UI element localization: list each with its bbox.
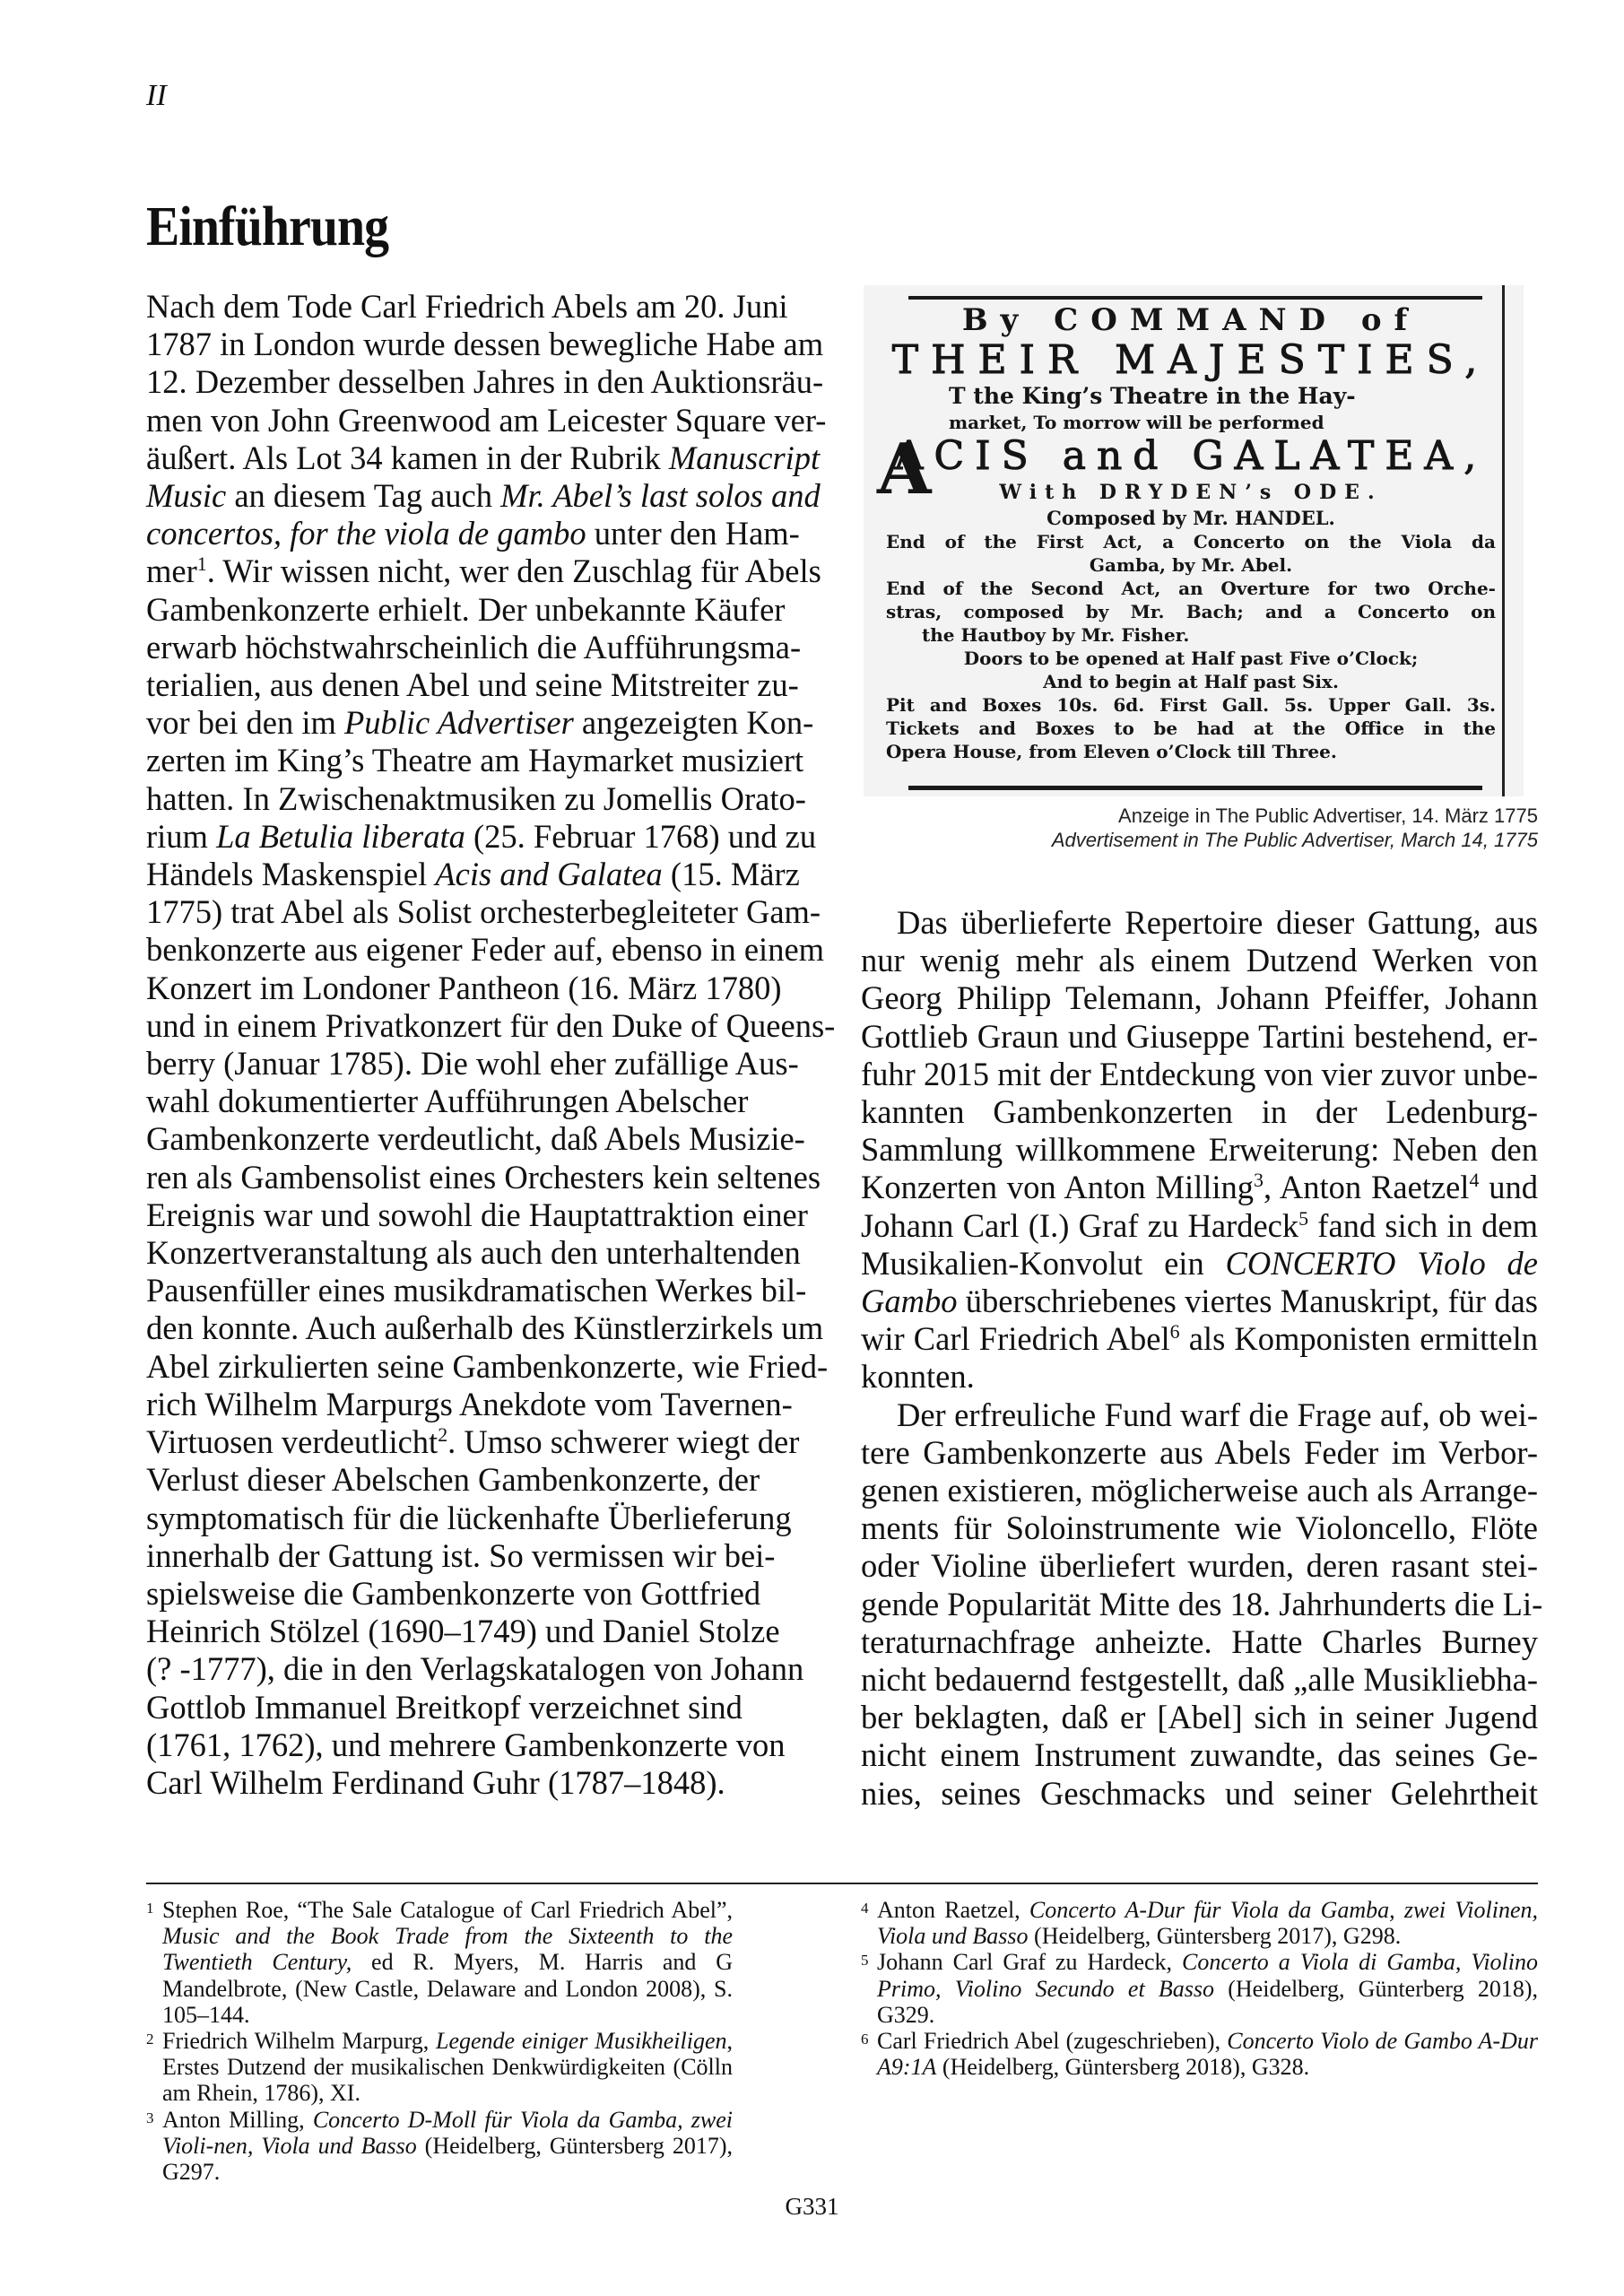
text-line: Konzert im Londoner Pantheon (16. März 1… <box>146 970 733 1007</box>
text-line: hatten. In Zwischenaktmusiken zu Jomelli… <box>146 780 733 818</box>
text-line: tere Gambenkonzerte aus Abels Feder im V… <box>861 1434 1538 1472</box>
text-line: terialien, aus denen Abel und seine Mits… <box>146 666 733 704</box>
text-line: Der erfreuliche Fund warf die Frage auf,… <box>861 1396 1538 1434</box>
text-line: gende Popularität Mitte des 18. Jahrhund… <box>861 1586 1538 1623</box>
text-line: Johann Carl (I.) Graf zu Hardeck5 fand s… <box>861 1207 1538 1245</box>
text-line: äußert. Als Lot 34 kamen in der Rubrik M… <box>146 439 733 477</box>
text-line: rium La Betulia liberata (25. Februar 17… <box>146 818 733 856</box>
text-line: innerhalb der Gattung ist. So vermissen … <box>146 1537 733 1575</box>
text-line: Gambenkonzerte erhielt. Der unbekannte K… <box>146 591 733 629</box>
footnote-ref-1[interactable]: 1 <box>197 552 207 575</box>
footnotes-right: 4Anton Raetzel, Concerto A-Dur für Viola… <box>861 1897 1538 2080</box>
italic-title: Acis and Galatea <box>435 856 662 892</box>
text-line: Georg Philipp Telemann, Johann Pfeiffer,… <box>861 979 1538 1017</box>
footnotes-left: 1Stephen Roe, “The Sale Catalogue of Car… <box>146 1897 733 2185</box>
footnote-divider <box>146 1883 1538 1884</box>
footnote-5: 5Johann Carl Graf zu Hardeck, Concerto a… <box>861 1949 1538 2028</box>
text-line: berry (Januar 1785). Die wohl eher zufäl… <box>146 1045 733 1083</box>
text-line: teraturnachfrage anheizte. Hatte Charles… <box>861 1623 1538 1661</box>
text-line: (? -1777), die in den Verlagskatalogen v… <box>146 1650 733 1688</box>
text-line: ments für Soloinstrumente wie Violoncell… <box>861 1509 1538 1547</box>
text-line: rich Wilhelm Marpurgs Anekdote vom Taver… <box>146 1386 733 1423</box>
text-line: Das überlieferte Repertoire dieser Gattu… <box>861 904 1538 942</box>
text-line: Musikalien-Konvolut ein CONCERTO Violo d… <box>861 1245 1538 1283</box>
footnote-6: 6Carl Friedrich Abel (zugeschrieben), Co… <box>861 2028 1538 2080</box>
body-column-right: Das überlieferte Repertoire dieser Gattu… <box>861 904 1538 1813</box>
text-line: spielsweise die Gambenkonzerte von Gottf… <box>146 1575 733 1613</box>
text-line: Gottlieb Graun und Giuseppe Tartini best… <box>861 1018 1538 1056</box>
text-line: nicht einem Instrument zuwandte, das sei… <box>861 1736 1538 1774</box>
italic-title: CONCERTO Violo de <box>1226 1245 1538 1282</box>
text-line: 1775) trat Abel als Solist orchesterbegl… <box>146 893 733 931</box>
footnote-ref-5[interactable]: 5 <box>1298 1206 1308 1229</box>
text-line: Konzertveranstaltung als auch den unterh… <box>146 1234 733 1272</box>
footnote-number: 6 <box>861 2026 869 2052</box>
text-line: Pausenfüller eines musikdramatischen Wer… <box>146 1272 733 1309</box>
text-line: ren als Gambensolist eines Orchesters ke… <box>146 1159 733 1196</box>
newspaper-advertisement-image: A By COMMAND of THEIR MAJESTIES, T the K… <box>864 285 1524 796</box>
caption-german: Anzeige in The Public Advertiser, 14. Mä… <box>861 804 1538 828</box>
text-line: Virtuosen verdeutlicht2. Umso schwerer w… <box>146 1423 733 1461</box>
text-line: mer1. Wir wissen nicht, wer den Zuschlag… <box>146 552 733 590</box>
footnote-number: 2 <box>146 2026 154 2052</box>
text-line: symptomatisch für die lückenhafte Überli… <box>146 1500 733 1537</box>
italic-title: Manuscript <box>669 439 820 476</box>
text-line: nur wenig mehr als einem Dutzend Werken … <box>861 942 1538 979</box>
footnote-number: 3 <box>146 2105 154 2131</box>
text-line: Konzerten von Anton Milling3, Anton Raet… <box>861 1169 1538 1206</box>
text-line: den konnte. Auch außerhalb des Künstlerz… <box>146 1309 733 1347</box>
page-title: Einführung <box>146 196 388 259</box>
text-line: Nach dem Tode Carl Friedrich Abels am 20… <box>146 288 733 326</box>
text-line: kannten Gambenkonzerten in der Ledenburg… <box>861 1093 1538 1131</box>
italic-title: Gambo <box>861 1283 957 1319</box>
figure-caption: Anzeige in The Public Advertiser, 14. Mä… <box>861 804 1538 852</box>
clipping-column-rule <box>1502 285 1505 796</box>
text-line: concertos, for the viola de gambo unter … <box>146 515 733 552</box>
footnote-number: 4 <box>861 1895 869 1921</box>
caption-english: Advertisement in The Public Advertiser, … <box>861 828 1538 852</box>
footnote-4: 4Anton Raetzel, Concerto A-Dur für Viola… <box>861 1897 1538 1949</box>
text-line: und in einem Privatkonzert für den Duke … <box>146 1007 733 1045</box>
text-line: men von John Greenwood am Leicester Squa… <box>146 402 733 439</box>
text-line: oder Violine überliefert wurden, deren r… <box>861 1547 1538 1585</box>
footnote-ref-3[interactable]: 3 <box>1254 1169 1264 1191</box>
text-line: vor bei den im Public Advertiser angezei… <box>146 704 733 742</box>
text-line: genen existieren, möglicherweise auch al… <box>861 1472 1538 1509</box>
text-line: Gottlob Immanuel Breitkopf verzeichnet s… <box>146 1689 733 1726</box>
clipping-rule-bottom <box>908 786 1482 790</box>
italic-title: Public Advertiser <box>344 704 574 741</box>
text-line: nies, seines Geschmacks und seiner Geleh… <box>861 1775 1538 1813</box>
text-line: Sammlung willkommene Erweiterung: Neben … <box>861 1131 1538 1169</box>
italic-title: La Betulia liberata <box>216 818 465 855</box>
text-line: zerten im King’s Theatre am Haymarket mu… <box>146 742 733 779</box>
text-line: nicht bedauernd festgestellt, daß „alle … <box>861 1661 1538 1699</box>
footnote-ref-2[interactable]: 2 <box>438 1423 447 1446</box>
text-line: Abel zirkulierten seine Gambenkonzerte, … <box>146 1348 733 1386</box>
text-line: Gambo überschriebenes viertes Manuskript… <box>861 1283 1538 1320</box>
text-line: (1761, 1762), und mehrere Gambenkonzerte… <box>146 1726 733 1764</box>
italic-title: Mr. Abel’s last solos and <box>500 477 821 514</box>
text-line: benkonzerte aus eigener Feder auf, ebens… <box>146 931 733 969</box>
text-line: Carl Wilhelm Ferdinand Guhr (1787–1848). <box>146 1764 733 1802</box>
clipping-rule-top <box>908 296 1482 300</box>
running-head: II <box>146 79 167 113</box>
text-line: wir Carl Friedrich Abel6 als Komponisten… <box>861 1320 1538 1358</box>
text-line: Gambenkonzerte verdeutlicht, daß Abels M… <box>146 1120 733 1158</box>
footnote-1: 1Stephen Roe, “The Sale Catalogue of Car… <box>146 1897 733 2028</box>
text-line: konnten. <box>861 1358 1538 1396</box>
text-line: Heinrich Stölzel (1690–1749) und Daniel … <box>146 1613 733 1650</box>
text-line: ber beklagten, daß er [Abel] sich in sei… <box>861 1699 1538 1736</box>
footnote-number: 1 <box>146 1895 154 1921</box>
footnote-ref-4[interactable]: 4 <box>1469 1169 1479 1191</box>
footnote-number: 5 <box>861 1947 869 1973</box>
page-number: G331 <box>0 2193 1624 2221</box>
text-line: wahl dokumentierter Aufführungen Abelsch… <box>146 1083 733 1120</box>
body-column-left: Nach dem Tode Carl Friedrich Abels am 20… <box>146 288 733 1802</box>
footnote-ref-6[interactable]: 6 <box>1170 1320 1180 1343</box>
text-line: Music an diesem Tag auch Mr. Abel’s last… <box>146 477 733 515</box>
text-line: 1787 in London wurde dessen bewegliche H… <box>146 326 733 363</box>
clipping-text: By COMMAND of THEIR MAJESTIES, T the Kin… <box>886 301 1496 763</box>
text-line: Verlust dieser Abelschen Gambenkonzerte,… <box>146 1461 733 1499</box>
text-line: fuhr 2015 mit der Entdeckung von vier zu… <box>861 1056 1538 1093</box>
text-line: Händels Maskenspiel Acis and Galatea (15… <box>146 856 733 893</box>
footnote-3: 3Anton Milling, Concerto D-Moll für Viol… <box>146 2107 733 2186</box>
text-line: 12. Dezember desselben Jahres in den Auk… <box>146 363 733 401</box>
footnote-2: 2Friedrich Wilhelm Marpurg, Legende eini… <box>146 2028 733 2107</box>
text-line: erwarb höchstwahrscheinlich die Aufführu… <box>146 629 733 666</box>
text-line: Ereignis war und sowohl die Hauptattrakt… <box>146 1196 733 1234</box>
